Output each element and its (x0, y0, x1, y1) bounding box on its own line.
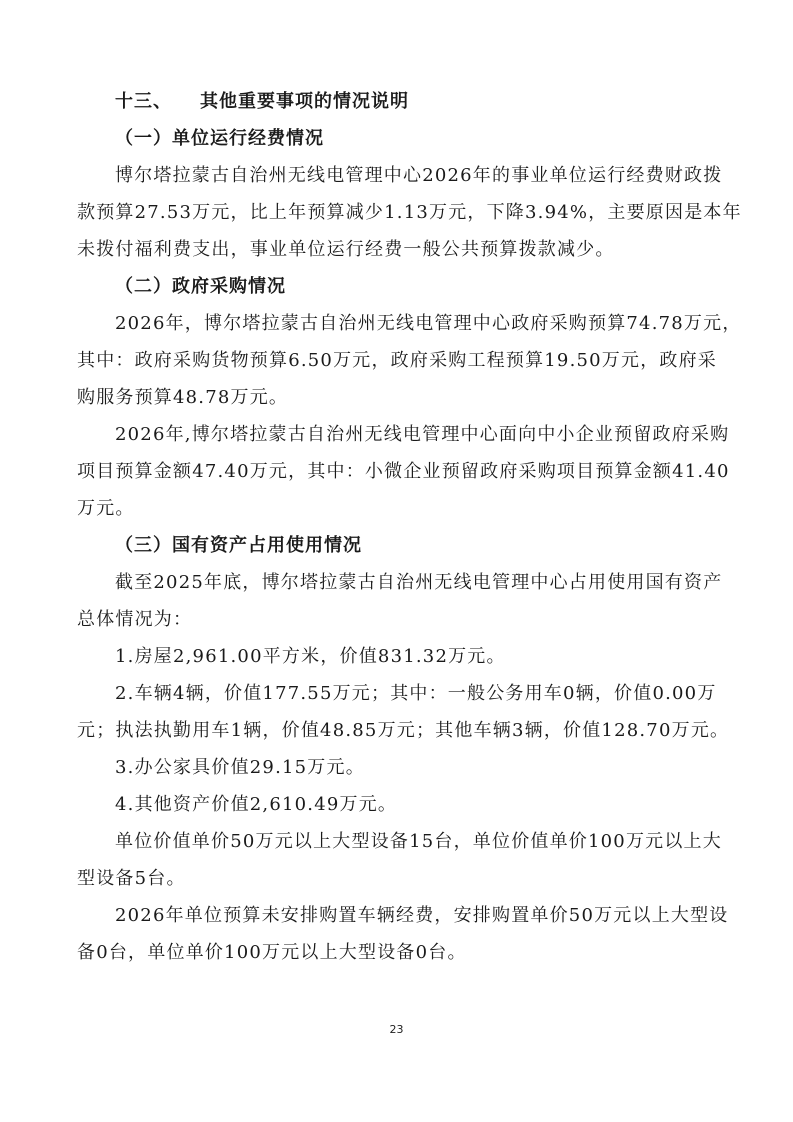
paragraph-line: 型设备5台。 (77, 860, 707, 897)
paragraph-line: 截至2025年底，博尔塔拉蒙古自治州无线电管理中心占用使用国有资产 (77, 564, 707, 601)
section-heading: 十三、其他重要事项的情况说明 (77, 83, 707, 120)
paragraph-line: 博尔塔拉蒙古自治州无线电管理中心2026年的事业单位运行经费财政拨 (77, 157, 707, 194)
paragraph-line: 2026年，博尔塔拉蒙古自治州无线电管理中心政府采购预算74.78万元， (77, 305, 707, 342)
paragraph-line: 单位价值单价50万元以上大型设备15台，单位价值单价100万元以上大 (77, 823, 707, 860)
document-page: 十三、其他重要事项的情况说明 （一）单位运行经费情况 博尔塔拉蒙古自治州无线电管… (77, 83, 707, 971)
paragraph-line: 未拨付福利费支出，事业单位运行经费一般公共预算拨款减少。 (77, 231, 707, 268)
list-item-furniture: 3.办公家具价值29.15万元。 (77, 749, 707, 786)
list-item-vehicles: 2.车辆4辆，价值177.55万元；其中：一般公务用车0辆，价值0.00万 (77, 675, 707, 712)
subsection-heading-procurement: （二）政府采购情况 (77, 268, 707, 305)
section-title: 其他重要事项的情况说明 (200, 91, 409, 112)
paragraph-line: 项目预算金额47.40万元，其中：小微企业预留政府采购项目预算金额41.40 (77, 453, 707, 490)
paragraph-line: 万元。 (77, 490, 707, 527)
subsection-heading-state-assets: （三）国有资产占用使用情况 (77, 527, 707, 564)
paragraph-line: 购服务预算48.78万元。 (77, 379, 707, 416)
paragraph-line: 2026年单位预算未安排购置车辆经费，安排购置单价50万元以上大型设 (77, 897, 707, 934)
paragraph-line: 款预算27.53万元，比上年预算减少1.13万元，下降3.94%，主要原因是本年 (77, 194, 707, 231)
paragraph-line: 元；执法执勤用车1辆，价值48.85万元；其他车辆3辆，价值128.70万元。 (77, 712, 707, 749)
list-item-housing: 1.房屋2,961.00平方米，价值831.32万元。 (77, 638, 707, 675)
paragraph-line: 总体情况为： (77, 601, 707, 638)
section-number: 十三、 (115, 91, 172, 112)
paragraph-line: 备0台，单位单价100万元以上大型设备0台。 (77, 934, 707, 971)
paragraph-line: 2026年,博尔塔拉蒙古自治州无线电管理中心面向中小企业预留政府采购 (77, 416, 707, 453)
list-item-other-assets: 4.其他资产价值2,610.49万元。 (77, 786, 707, 823)
page-number: 23 (0, 1023, 793, 1036)
paragraph-line: 其中：政府采购货物预算6.50万元，政府采购工程预算19.50万元，政府采 (77, 342, 707, 379)
subsection-heading-operating-costs: （一）单位运行经费情况 (77, 120, 707, 157)
